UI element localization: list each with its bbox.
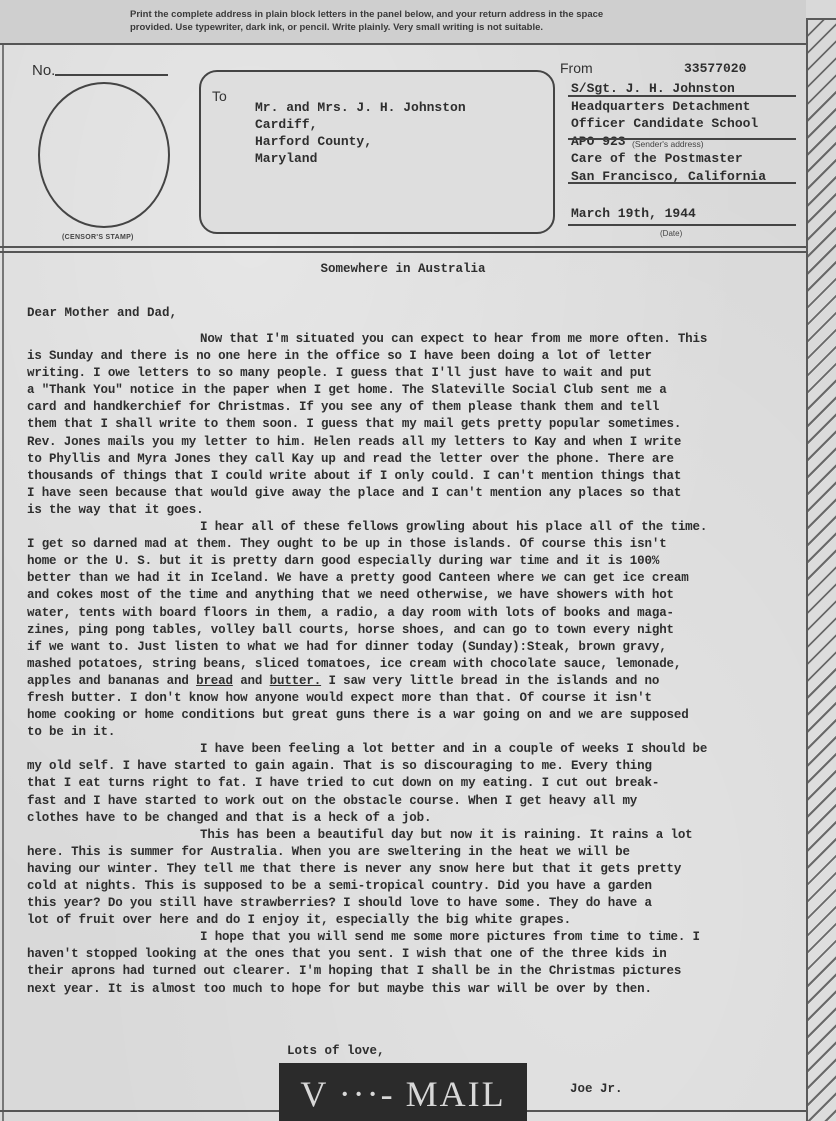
recipient-line: Cardiff, (255, 116, 466, 133)
letter-line: them that I shall write to them soon. I … (27, 416, 807, 433)
letter-signature: Joe Jr. (570, 1082, 623, 1096)
letter-line: fast and I have started to work out on t… (27, 793, 807, 810)
letter-line: This has been a beautiful day but now it… (27, 827, 807, 844)
letter-closing: Lots of love, (287, 1044, 385, 1058)
form-instructions: Print the complete address in plain bloc… (0, 0, 806, 44)
letter-line: I hear all of these fellows growling abo… (27, 519, 807, 536)
letter-line: is Sunday and there is no one here in th… (27, 348, 807, 365)
number-label: No. (32, 62, 55, 79)
censor-stamp-label: (CENSOR'S STAMP) (62, 234, 134, 241)
letter-line: is the way that it goes. (27, 502, 807, 519)
divider-header (0, 246, 806, 248)
letter-line: better than we had it in Iceland. We hav… (27, 570, 807, 587)
letter-line: this year? Do you still have strawberrie… (27, 895, 807, 912)
letter-line: cold at nights. This is supposed to be a… (27, 878, 807, 895)
letter-line: I have seen because that would give away… (27, 485, 807, 502)
letter-line: I have been feeling a lot better and in … (27, 741, 807, 758)
letter-line: my old self. I have started to gain agai… (27, 758, 807, 775)
sender-serial-number: 33577020 (684, 61, 746, 76)
sender-line: Headquarters Detachment (571, 98, 766, 116)
letter-line: I get so darned mad at them. They ought … (27, 536, 807, 553)
letter-line: here. This is summer for Australia. When… (27, 844, 807, 861)
letter-line: that I eat turns right to fat. I have tr… (27, 775, 807, 792)
letter-line: home or the U. S. but it is pretty darn … (27, 553, 807, 570)
letter-salutation: Dear Mother and Dad, (27, 306, 177, 320)
letter-line: card and handkerchief for Christmas. If … (27, 399, 807, 416)
letter-line: if we want to. Just listen to what we ha… (27, 639, 807, 656)
sender-line-rule (568, 95, 796, 97)
letter-line: water, tents with board floors in them, … (27, 605, 807, 622)
instruction-line-1: Print the complete address in plain bloc… (130, 8, 690, 21)
letter-line: lot of fruit over here and do I enjoy it… (27, 912, 807, 929)
letter-line: zines, ping pong tables, volley ball cou… (27, 622, 807, 639)
letter-line: fresh butter. I don't know how anyone wo… (27, 690, 807, 707)
letter-line: clothes have to be changed and that is a… (27, 810, 807, 827)
recipient-line: Mr. and Mrs. J. H. Johnston (255, 99, 466, 116)
letter-line: having our winter. They tell me that the… (27, 861, 807, 878)
recipient-address: Mr. and Mrs. J. H. Johnston Cardiff, Har… (255, 99, 466, 167)
letter-heading: Somewhere in Australia (0, 262, 806, 276)
letter-line: their aprons had turned out clearer. I'm… (27, 963, 807, 980)
letter-line: Rev. Jones mails you my letter to him. H… (27, 434, 807, 451)
divider-header (0, 251, 806, 253)
left-border (2, 14, 4, 1121)
letter-line: apples and bananas and bread and butter.… (27, 673, 807, 690)
from-label: From (560, 60, 593, 76)
letter-line: thousands of things that I could write a… (27, 468, 807, 485)
sender-line-rule (568, 182, 796, 184)
number-line (55, 74, 168, 76)
letter-line: I hope that you will send me some more p… (27, 929, 807, 946)
letter-line: to Phyllis and Myra Jones they call Kay … (27, 451, 807, 468)
letter-line: and cokes most of the time and anything … (27, 587, 807, 604)
date-rule (568, 224, 796, 226)
sender-line: Care of the Postmaster (571, 150, 766, 168)
recipient-line: Maryland (255, 150, 466, 167)
vmail-logo: V ···- MAIL (279, 1063, 527, 1121)
letter-line: a "Thank You" notice in the paper when I… (27, 382, 807, 399)
recipient-line: Harford County, (255, 133, 466, 150)
hatched-margin (806, 18, 836, 1121)
to-label: To (212, 88, 227, 104)
instruction-line-2: provided. Use typewriter, dark ink, or p… (130, 21, 690, 34)
date-label: (Date) (660, 229, 682, 238)
letter-body: Now that I'm situated you can expect to … (27, 331, 807, 998)
vmail-letter-sheet: Print the complete address in plain bloc… (0, 0, 836, 1121)
divider-top (0, 43, 806, 45)
letter-line: next year. It is almost too much to hope… (27, 981, 807, 998)
censor-stamp-circle (38, 82, 170, 228)
letter-line: Now that I'm situated you can expect to … (27, 331, 807, 348)
letter-date: March 19th, 1944 (571, 206, 696, 221)
sender-line: Officer Candidate School (571, 115, 766, 133)
sender-address-note: (Sender's address) (632, 139, 704, 149)
letter-line: to be in it. (27, 724, 807, 741)
letter-line: home cooking or home conditions but grea… (27, 707, 807, 724)
letter-line: mashed potatoes, string beans, sliced to… (27, 656, 807, 673)
letter-line: haven't stopped looking at the ones that… (27, 946, 807, 963)
letter-line: writing. I owe letters to so many people… (27, 365, 807, 382)
